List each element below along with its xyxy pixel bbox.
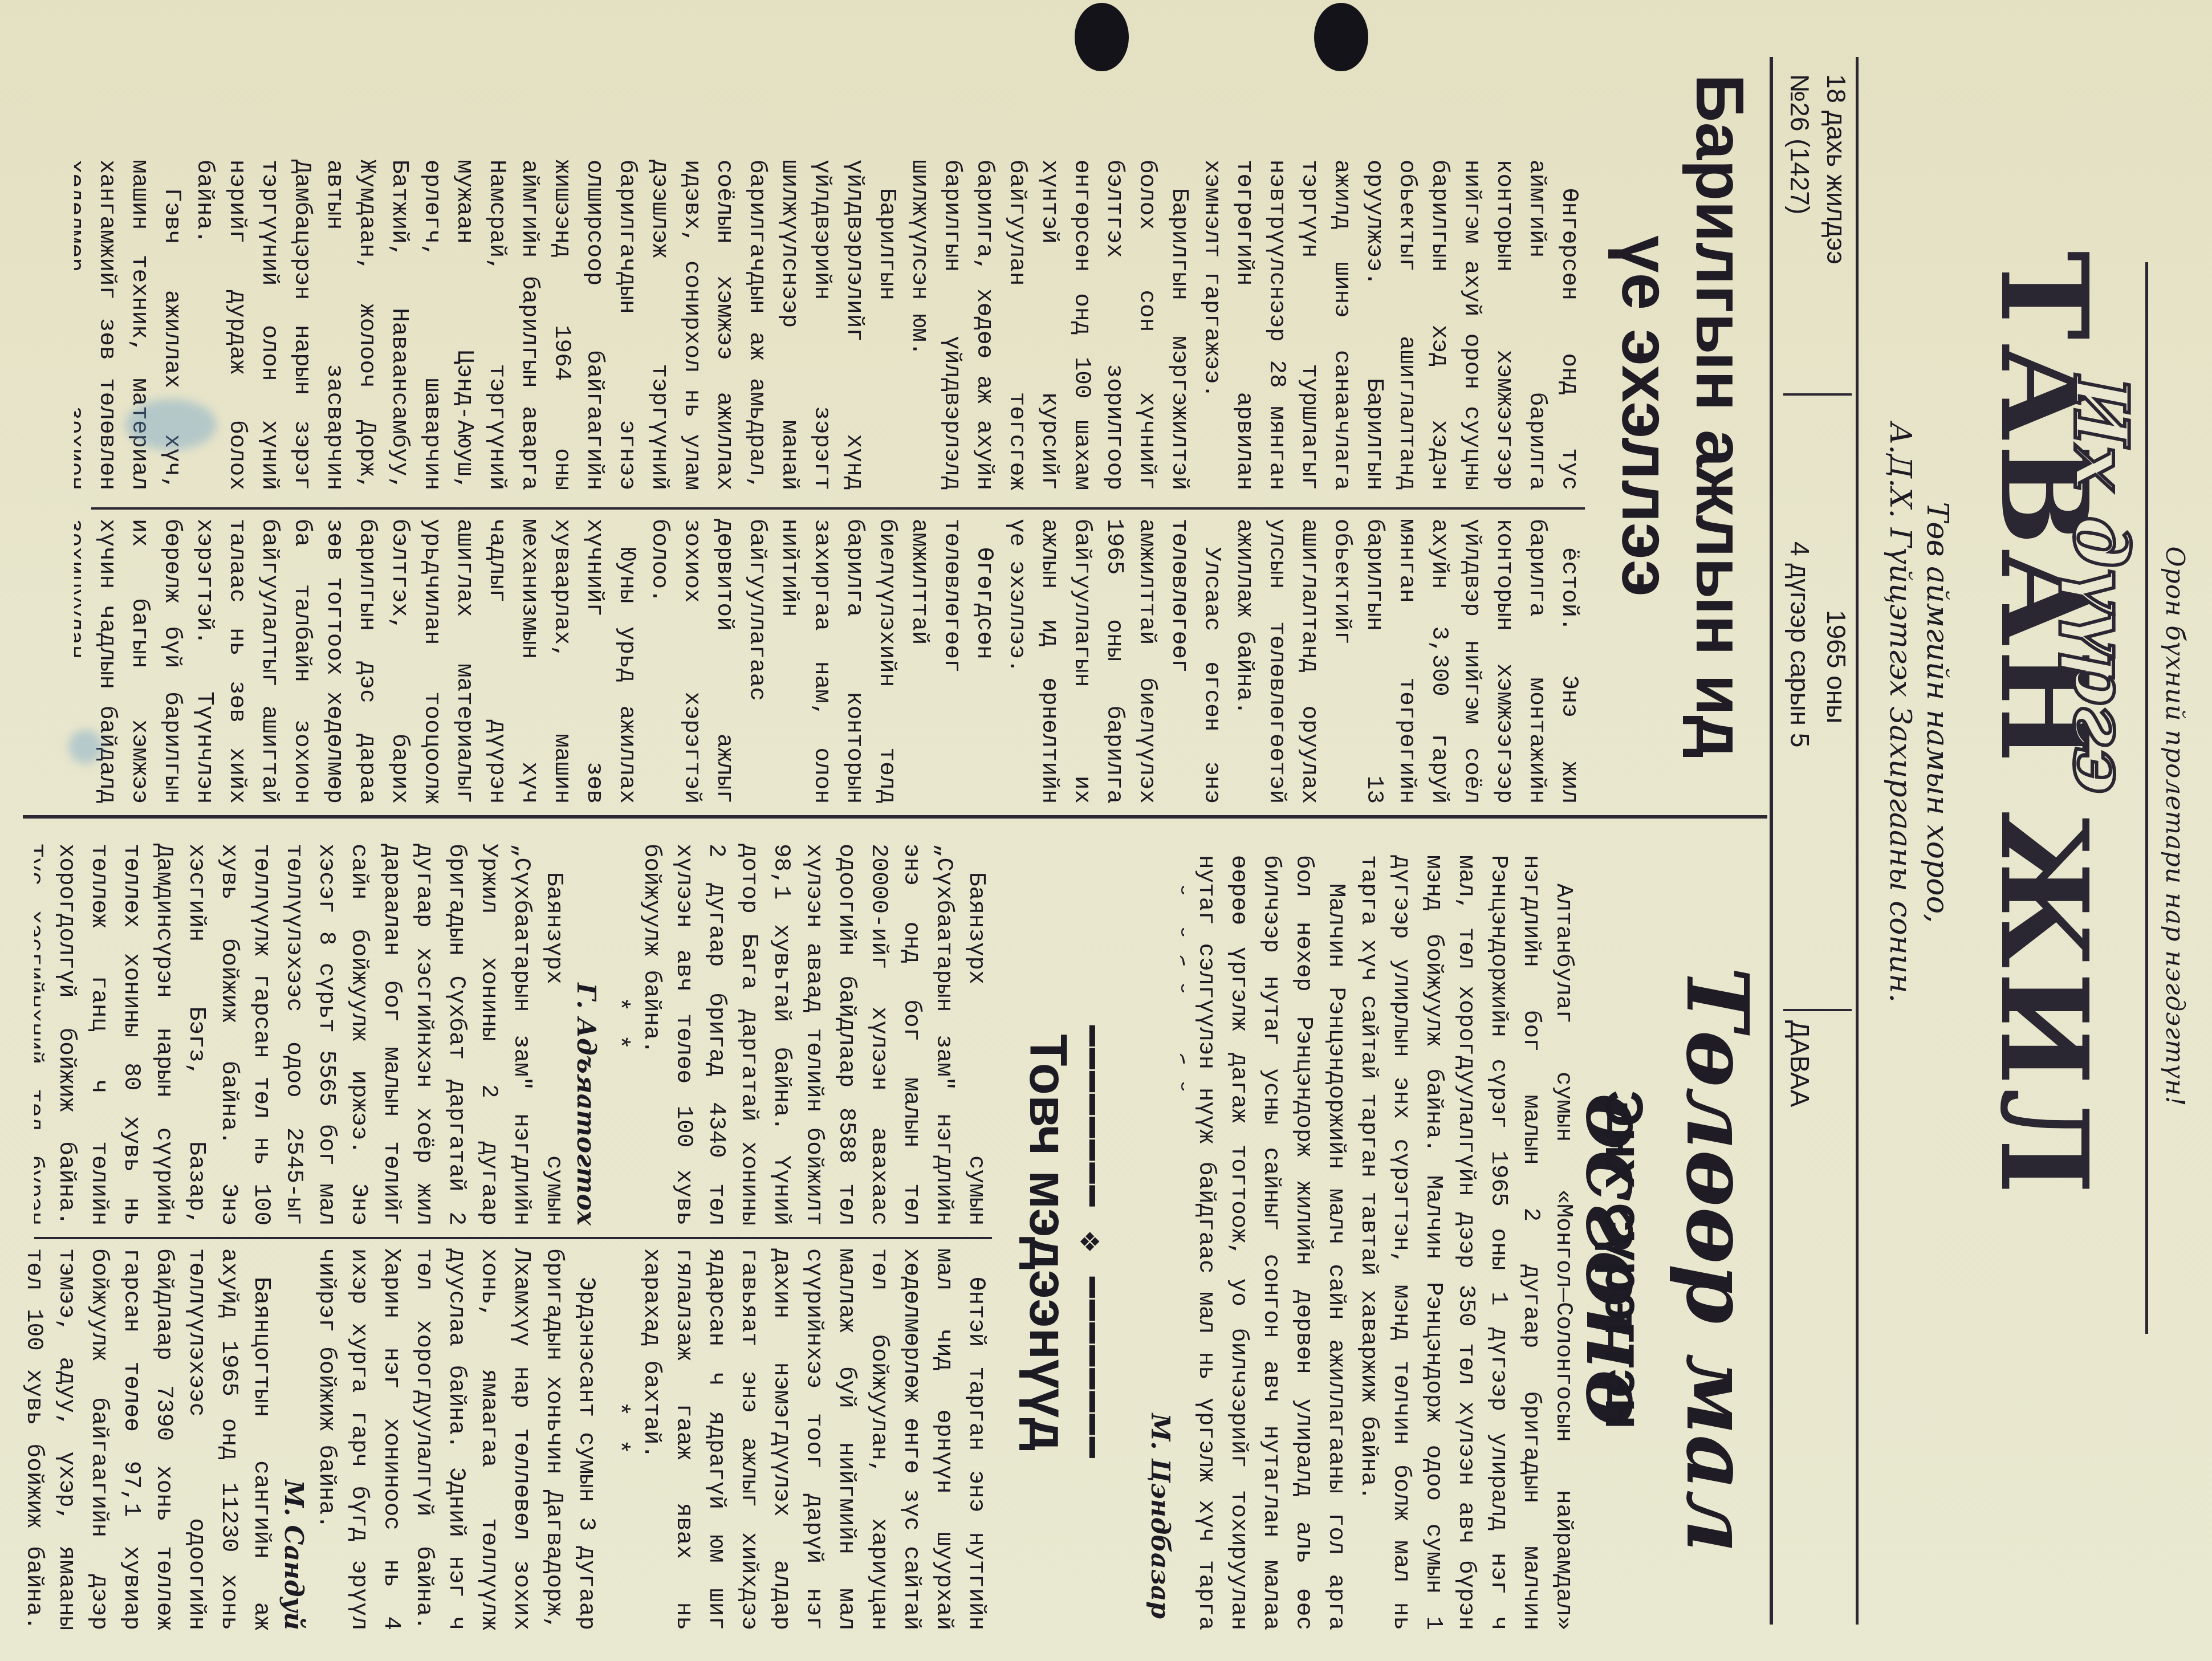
date-label: 4 дүгээр сарын 5 (1784, 542, 1815, 747)
briefs-headline: Товч мэдээнүүд (1018, 855, 1077, 1630)
punch-hole (1314, 3, 1368, 71)
feature-signature: М. Цэндбазар (1145, 855, 1174, 1619)
dateline: 18 дахь жилдээ №26 (1427) 1965 оны 4 дүг… (1778, 74, 1852, 1613)
main-headline: Барилгын ажлын ид үе эхэллээ (1608, 34, 1756, 798)
main-article-column-2: ёстой. Энэ жил барилга монтажийн конторы… (74, 519, 1585, 804)
main-article-column-1: Өнгөрсөн онд тус аймгийн барилга конторы… (74, 160, 1585, 490)
masthead-subtitle-line1: Төв аймгийн намын хороо, (1918, 228, 1955, 1197)
column-divider (91, 507, 1585, 510)
punch-hole (1075, 3, 1129, 71)
issue-number: №26 (1427) (1784, 74, 1815, 214)
dateline-rule-top (1856, 57, 1859, 1625)
newspaper-page: Орон бүхний пролетари нар нэгдэгтүн! ТАВ… (0, 0, 2212, 1661)
volume-label: 18 дахь жилдээ (1821, 74, 1852, 264)
masthead-script-overlay: Их дүүргэ (2064, 376, 2138, 794)
page-section-divider (23, 815, 1767, 819)
masthead-slogan: Орон бүхний пролетари нар нэгдэгтүн! (2160, 342, 2189, 1311)
feature-headline: Энх сүрэгтэн (1593, 889, 1653, 1630)
masthead-title-block: ТАВАН ЖИЛ Их дүүргэ (1955, 217, 2138, 1357)
ink-stain (68, 730, 103, 764)
masthead-subtitle: Төв аймгийн намын хороо, А.Д.Х. Гүйцэтгэ… (1881, 228, 1955, 1197)
weekday-label: ДАВАА (1784, 1020, 1815, 1107)
briefs-column-1: Баянзүрх сумын „Сүхбаатарын зам" нэгдлий… (34, 844, 992, 1226)
ink-stain (125, 399, 217, 450)
year-label: 1965 оны (1821, 610, 1852, 723)
brief-signature: Г. Адъяатогтох (570, 844, 602, 1226)
dateline-rule-bottom (1770, 57, 1773, 1625)
briefs-column-2: Өнтэй тарган энэ нутгийн мал чид өрнүүн … (11, 1248, 992, 1630)
slogan-rule (2145, 262, 2148, 1334)
brief-signature: М. Сандуй (277, 1248, 310, 1630)
feature-body: Алтанбулаг сумын «Монгол—Солонгосын найр… (1180, 855, 1579, 1630)
masthead-subtitle-line2: А.Д.Х. Гүйцэтгэх Захиргааны сонин. (1881, 228, 1918, 1197)
briefs-column-divider (34, 1237, 992, 1239)
